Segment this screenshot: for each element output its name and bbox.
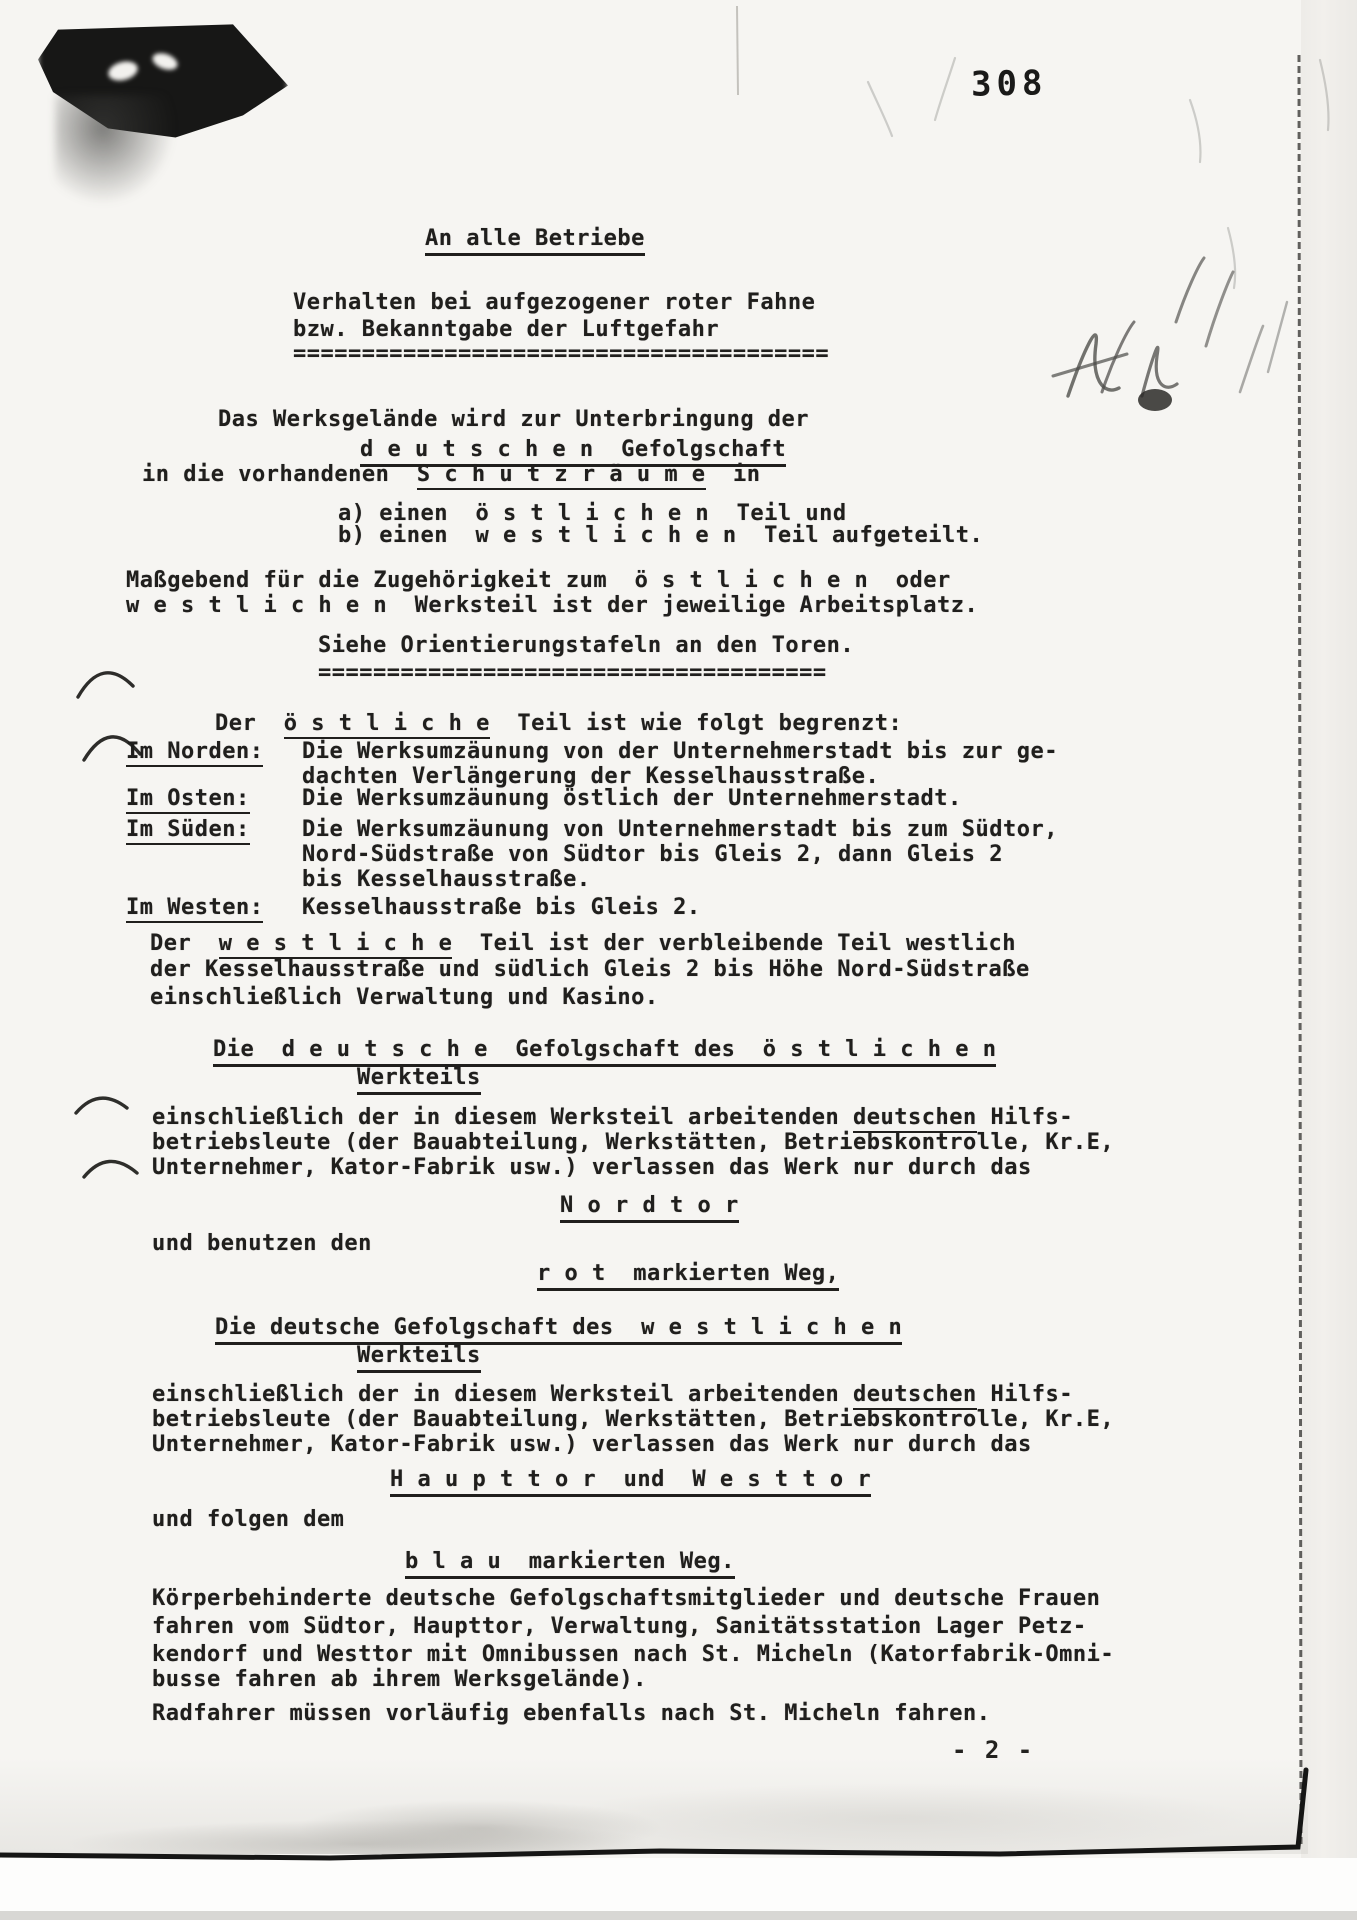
east-crew-para-line-2: betriebsleute (der Bauabteilung, Werkstä… (152, 1130, 1114, 1155)
ink-blot-smudge (55, 95, 175, 205)
east-crew-route: r o t markierten Weg, (537, 1261, 839, 1291)
fold-line (737, 6, 738, 95)
subtitle-line-1: Verhalten bei aufgezogener roter Fahne (293, 290, 815, 315)
west-crew-para-line-3: Unternehmer, Kator-Fabrik usw.) verlasse… (152, 1432, 1032, 1457)
transport-line-1: Körperbehinderte deutsche Gefolgschaftsm… (152, 1586, 1100, 1611)
clause-b: b) einen w e s t l i c h e n Teilaufgete… (338, 523, 819, 548)
intro-line-3: in die vorhandenen S c h u t z r ä u m e… (142, 462, 761, 487)
west-crew-gate: H a u p t t o r und W e s t t o r (390, 1467, 871, 1497)
boundary-south-line-2: Nord-Südstraße von Südtor bis Gleis 2, d… (302, 842, 1003, 867)
intro-line-1: Das Werksgelände wird zur Unterbringung … (218, 407, 809, 432)
boundary-south-line-3: bis Kesselhausstraße. (302, 867, 591, 892)
boundary-label-north: Im Norden: (126, 739, 263, 764)
east-crew-heading-2: Werkteils (357, 1065, 481, 1095)
west-crew-connector: und folgen dem (152, 1507, 344, 1532)
handwritten-scribble (1053, 258, 1287, 411)
east-crew-heading-1: Die d e u t s c h e Gefolgschaft des ö s… (213, 1037, 996, 1067)
west-crew-para-line-1: einschließlich der in diesem Werksteil a… (152, 1382, 1073, 1407)
divider-line: ======================================= (293, 341, 829, 366)
scanned-page: 308 - 2 - An alle Betriebe Verhalten bei… (0, 0, 1357, 1920)
east-crew-para-line-3: Unternehmer, Kator-Fabrik usw.) verlasse… (152, 1155, 1032, 1180)
west-part-line-2: der Kesselhausstraße und südlich Gleis 2… (150, 957, 1030, 982)
boundary-south-line-1: Die Werksumzäunung von Unternehmerstadt … (302, 817, 1058, 842)
transport-line-2: fahren vom Südtor, Haupttor, Verwaltung,… (152, 1614, 1087, 1639)
doc-title: An alle Betriebe (425, 226, 645, 256)
faint-pencil-marks (868, 58, 1329, 288)
page-stamp-number: 308 (971, 63, 1048, 105)
boundary-west-line-1: Kesselhausstraße bis Gleis 2. (302, 895, 701, 920)
boundary-north-line-1: Die Werksumzäunung von der Unternehmerst… (302, 739, 1058, 764)
scan-bottom-shading (0, 1758, 1308, 1854)
west-crew-para-line-2: betriebsleute (der Bauabteilung, Werkstä… (152, 1407, 1114, 1432)
east-part-heading: Der ö s t l i c h e Teil ist wie folgt b… (215, 711, 902, 736)
page-number: - 2 - (952, 1736, 1034, 1764)
west-crew-heading-2: Werkteils (357, 1343, 481, 1373)
transport-line-4: busse fahren ab ihrem Werksgelände). (152, 1667, 647, 1692)
divider-line: ===================================== (318, 660, 827, 685)
east-crew-para-line-1: einschließlich der in diesem Werksteil a… (152, 1105, 1073, 1130)
boundary-label-east: Im Osten: (126, 786, 250, 811)
rule-line-2: w e s t l i c h e n Werksteil ist der je… (126, 593, 978, 618)
transport-line-3: kendorf und Westtor mit Omnibussen nach … (152, 1642, 1114, 1667)
west-part-heading: Der w e s t l i c h e Teil ist der verbl… (150, 931, 1016, 956)
west-crew-route: b l a u markierten Weg. (405, 1549, 735, 1579)
subtitle-line-2: bzw. Bekanntgabe der Luftgefahr (293, 317, 719, 342)
scan-right-margin-band (1301, 0, 1357, 1858)
east-crew-gate: N o r d t o r (560, 1193, 739, 1223)
boundary-label-south: Im Süden: (126, 817, 250, 842)
see-note: Siehe Orientierungstafeln an den Toren. (318, 633, 854, 658)
boundary-east-line-1: Die Werksumzäunung östlich der Unternehm… (302, 786, 962, 811)
clause-b-suffix: aufgeteilt. (832, 523, 983, 548)
west-part-line-3: einschließlich Verwaltung und Kasino. (150, 985, 659, 1010)
scan-bottom-strip (0, 1911, 1357, 1920)
east-crew-connector: und benutzen den (152, 1231, 372, 1256)
cyclists-line: Radfahrer müssen vorläufig ebenfalls nac… (152, 1701, 990, 1726)
boundary-label-west: Im Westen: (126, 895, 263, 920)
west-crew-heading-1: Die deutsche Gefolgschaft des w e s t l … (215, 1315, 902, 1345)
rule-line-1: Maßgebend für die Zugehörigkeit zum ö s … (126, 568, 951, 593)
